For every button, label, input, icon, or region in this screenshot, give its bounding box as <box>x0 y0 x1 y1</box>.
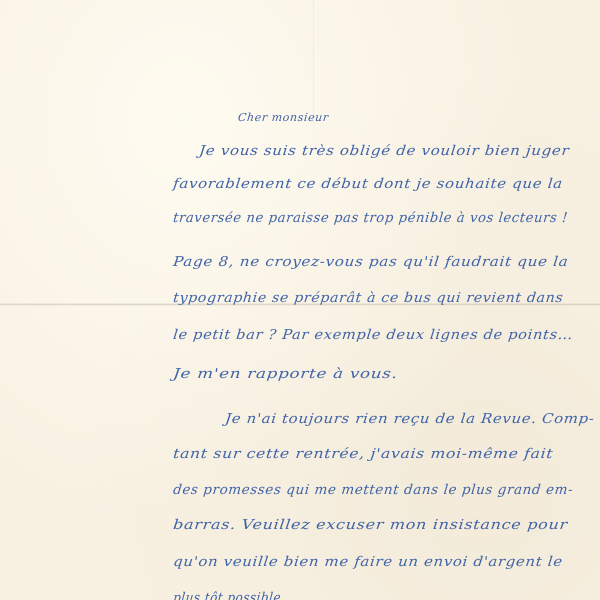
letter-line: Je m'en rapporte à vous. <box>172 366 398 382</box>
letter-line: typographie se préparât à ce bus qui rev… <box>172 290 564 306</box>
letter-line: des promesses qui me mettent dans le plu… <box>172 482 574 498</box>
letter-line: Page 8, ne croyez-vous pas qu'il faudrai… <box>172 254 569 270</box>
letter-line: favorablement ce début dont je souhaite … <box>172 176 563 192</box>
letter-line: plus tôt possible… <box>172 590 294 600</box>
letter-line: qu'on veuille bien me faire un envoi d'a… <box>172 554 563 570</box>
letter-line: Je vous suis très obligé de vouloir bien… <box>198 143 570 159</box>
letter-line: traversée ne paraisse pas trop pénible à… <box>172 210 568 226</box>
letter-line: Je n'ai toujours rien reçu de la Revue. … <box>224 411 595 427</box>
letter-salutation: Cher monsieur <box>237 111 329 124</box>
letter-line: barras. Veuillez excuser mon insistance … <box>172 517 568 533</box>
letter-line: le petit bar ? Par exemple deux lignes d… <box>172 327 574 343</box>
letter-line: tant sur cette rentrée, j'avais moi-même… <box>172 446 554 462</box>
